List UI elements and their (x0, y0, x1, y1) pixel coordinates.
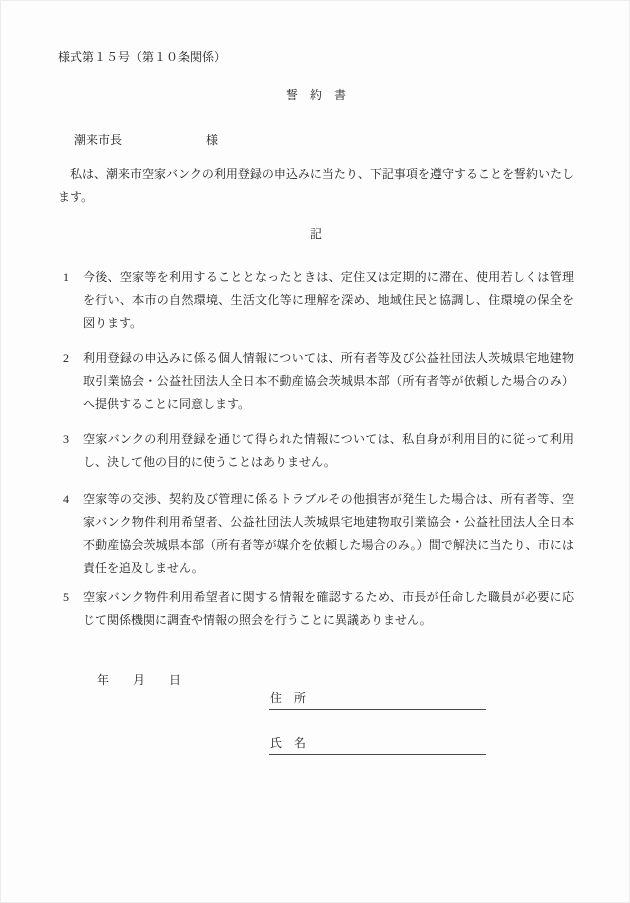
pledge-item-1: 1 今後、空家等を利用することとなったときは、定住又は定期的に滞在、使用若しくは… (58, 266, 574, 335)
pledge-item-2: 2 利用登録の申込みに係る個人情報については、所有者等及び公益社団法人茨城県宅地… (58, 347, 574, 416)
signature-section: 年 月 日 住 所 氏 名 (58, 669, 574, 769)
item-text: 空家バンクの利用登録を通じて得られた情報については、私自身が利用目的に従って利用… (83, 432, 574, 469)
name-label: 氏 名 (270, 732, 306, 754)
item-text: 空家等の交渉、契約及び管理に係るトラブルその他損害が発生した場合は、所有者等、空… (83, 492, 574, 575)
pledge-item-3: 3 空家バンクの利用登録を通じて得られた情報については、私自身が利用目的に従って… (58, 428, 574, 474)
addressee-name: 潮来市長 (74, 133, 122, 147)
pledge-item-4: 4 空家等の交渉、契約及び管理に係るトラブルその他損害が発生した場合は、所有者等… (58, 488, 574, 580)
address-label: 住 所 (270, 687, 306, 709)
date-field: 年 月 日 (97, 669, 181, 692)
item-number: 1 (63, 266, 69, 289)
address-field: 住 所 (269, 687, 486, 710)
pledge-items-list: 1 今後、空家等を利用することとなったときは、定住又は定期的に滞在、使用若しくは… (58, 266, 574, 632)
intro-paragraph: 私は、潮来市空家バンクの利用登録の申込みに当たり、下記事項を遵守することを誓約い… (58, 163, 574, 209)
name-field: 氏 名 (269, 732, 486, 755)
document-title: 誓 約 書 (58, 84, 574, 107)
item-text: 空家バンク物件利用希望者に関する情報を確認するため、市長が任命した職員が必要に応… (83, 590, 574, 627)
ki-marker: 記 (58, 223, 574, 246)
form-number: 様式第１５号（第１０条関係） (58, 46, 574, 69)
item-text: 利用登録の申込みに係る個人情報については、所有者等及び公益社団法人茨城県宅地建物… (83, 351, 574, 411)
addressee-line: 潮来市長様 (74, 129, 574, 152)
item-text: 今後、空家等を利用することとなったときは、定住又は定期的に滞在、使用若しくは管理… (83, 270, 574, 330)
item-number: 2 (63, 347, 69, 370)
addressee-honorific: 様 (206, 129, 218, 152)
item-number: 3 (63, 428, 69, 451)
pledge-document-page: 様式第１５号（第１０条関係） 誓 約 書 潮来市長様 私は、潮来市空家バンクの利… (0, 0, 630, 903)
item-number: 5 (63, 586, 69, 609)
item-number: 4 (63, 488, 69, 511)
pledge-item-5: 5 空家バンク物件利用希望者に関する情報を確認するため、市長が任命した職員が必要… (58, 586, 574, 632)
